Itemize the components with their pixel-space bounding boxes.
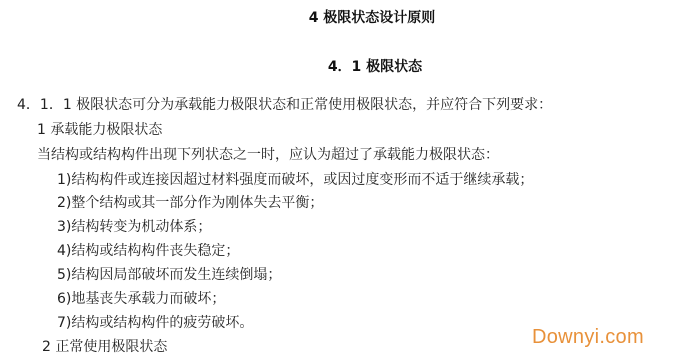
document-page: 4 极限状态设计原则 4．1 极限状态 4．1．1 极限状态可分为承载能力极限状… [0, 0, 674, 364]
item1-intro: 当结构或结构构件出现下列状态之一时，应认为超过了承载能力极限状态： [37, 146, 499, 164]
condition-6: 6)地基丧失承载力而破坏； [57, 290, 225, 308]
condition-1: 1)结构构件或连接因超过材料强度而破坏，或因过度变形而不适于继续承载； [57, 171, 533, 189]
item2-heading: 2 正常使用极限状态 [42, 338, 167, 356]
watermark-logo: Downyi.com [532, 326, 644, 348]
condition-3: 3)结构转变为机动体系； [57, 218, 211, 236]
condition-5: 5)结构因局部破坏而发生连续倒塌； [57, 266, 281, 284]
item1-heading: 1 承载能力极限状态 [37, 121, 162, 139]
chapter-title: 4 极限状态设计原则 [0, 9, 674, 27]
condition-4: 4)结构或结构构件丧失稳定； [57, 242, 239, 260]
section-title: 4．1 极限状态 [0, 58, 674, 76]
condition-7: 7)结构或结构构件的疲劳破坏。 [57, 314, 253, 332]
clause-text: 4．1．1 极限状态可分为承载能力极限状态和正常使用极限状态，并应符合下列要求： [17, 96, 552, 114]
condition-2: 2)整个结构或其一部分作为刚体失去平衡； [57, 194, 323, 212]
